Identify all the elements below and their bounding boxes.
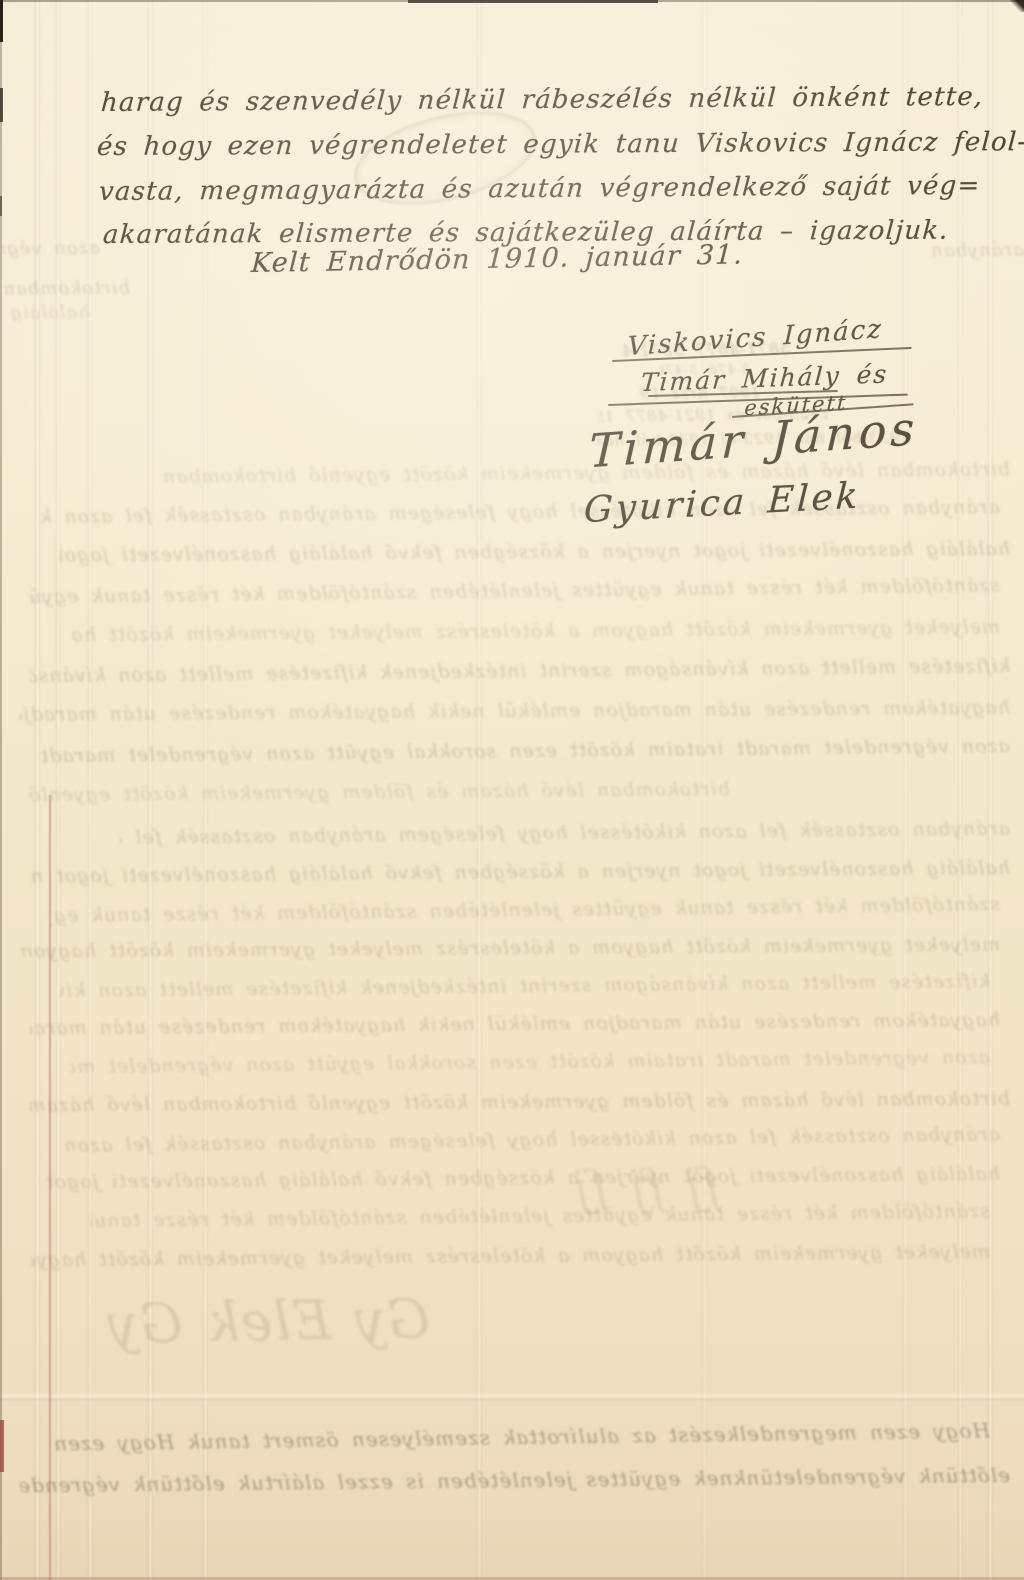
signature-gyurica-elek: Gyurica Elek [583,476,862,532]
scan-edge-top-dark [408,0,658,3]
bleedthrough-line: birtokomban lévő házam és földem gyermek… [30,1088,1010,1117]
bleedthrough-line: haláláig haszonélvezeti jogot nyerjen a … [30,857,1010,888]
scan-edge-top [0,0,1024,2]
scan-edge-left-mark [0,196,2,216]
bleedthrough-line: birtokomban lévő házam és földem gyermek… [30,778,730,806]
bleedthrough-line: azon végrendelet maradt irataim között e… [0,238,100,260]
scanned-letter-page: azon végrendelet maradt irataim között e… [0,0,1024,1580]
bleedthrough-line: szántóföldem két része tanuk együttes je… [50,893,1000,927]
bleedthrough-line: arányban osztassék fel azon kikötéssel h… [120,817,1010,848]
bleedthrough-line: hagyatékom rendezése után maradjon emlék… [30,1009,1000,1039]
bleedthrough-line: kifizetése mellett azon kívánságom szeri… [30,655,1010,687]
bleedthrough-line: birtokomban lévő házam és földem gyermek… [150,458,1010,488]
horizontal-fold [0,1392,1024,1402]
scan-edge-left [0,0,2,1580]
bleedthrough-line: arányban osztassék fel azon kikötéssel h… [50,1123,1000,1157]
bleedthrough-line: fj fj fj [499,1158,720,1219]
bleedthrough-line: Hogy ezen megrendelkezést az alulírottak… [40,1418,990,1455]
bleedthrough-line: szántóföldem két része tanuk együttes je… [30,574,1000,608]
scan-edge-corner [1010,0,1024,12]
bleedthrough-line: birtokomban lévő házam és földem gyermek… [0,278,130,300]
body-line-3: vasta, megmagyarázta és azután végrendel… [98,171,981,207]
bleedthrough-line: melyeket gyermekeim között hagyom a köte… [20,934,1000,963]
scan-edge-left-mark [0,0,3,42]
body-line-2: és hogy ezen végrendeletet egyik tanu Vi… [96,127,1024,162]
bleedthrough-line: azon végrendelet maradt irataim között e… [70,1046,990,1078]
bleedthrough-line: kifizetése mellett azon kívánságom szeri… [60,970,990,1002]
bleedthrough-line: Gy Elek Gy Elek Gy Elek [89,1287,430,1356]
bleedthrough-line: előttünk végrendeletünknek együttes jele… [20,1463,1010,1497]
bleedthrough-line: haláláig haszonélvezeti jogot nyerjen a … [6,302,90,324]
bleedthrough-line: haláláig haszonélvezeti jogot nyerjen a … [60,538,1010,567]
vertical-crease [986,0,994,1580]
bleedthrough-line: azon végrendelet maradt irataim között e… [40,735,1010,767]
bleedthrough-line: hagyatékom rendezése után maradjon emlék… [20,697,1010,726]
bleedthrough-line: melyeket gyermekeim között hagyom a köte… [30,1241,990,1271]
scan-edge-left-mark [0,88,3,122]
vertical-crease [956,0,964,1580]
scan-edge-left-red-mark [0,1420,4,1472]
body-line-1: harag és szenvedély nélkül rábeszélés né… [100,82,984,118]
bleedthrough-line: melyeket gyermekeim között hagyom a köte… [70,616,1000,646]
